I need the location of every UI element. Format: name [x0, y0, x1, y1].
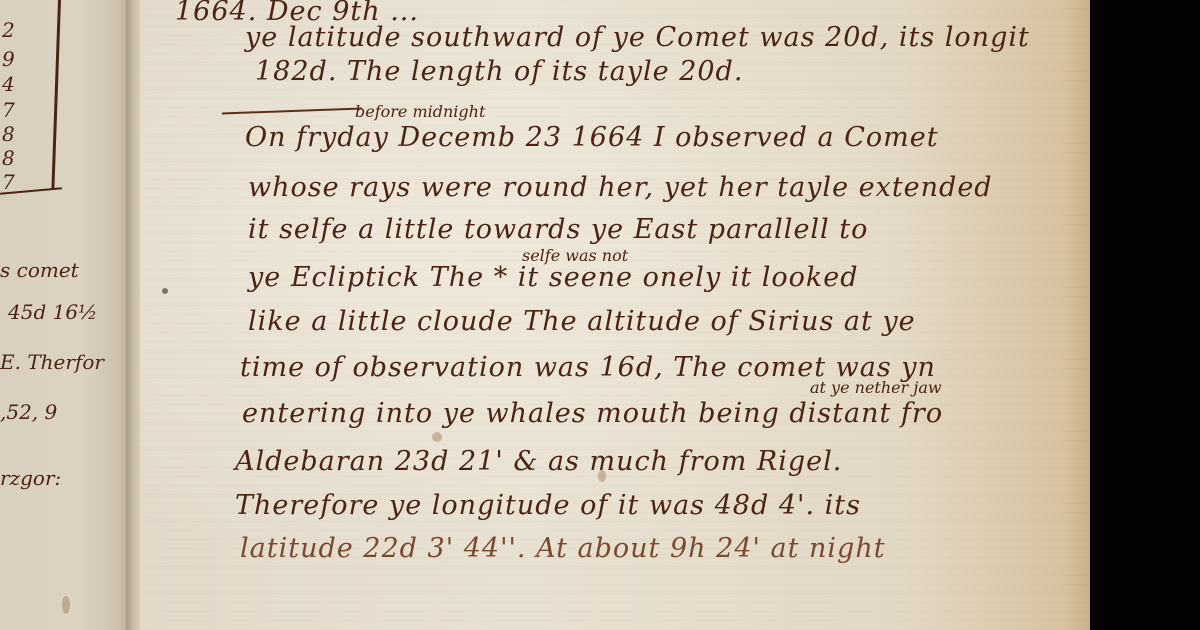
manuscript-line: 182d. The length of its tayle 20d. [255, 56, 743, 87]
left-fragment: s comet [0, 258, 79, 282]
paper-stain [62, 596, 70, 614]
manuscript-line: like a little cloude The altitude of Sir… [248, 306, 916, 337]
manuscript-line: whose rays were round her, yet her tayle… [248, 172, 993, 203]
column-number: 8 [2, 146, 15, 170]
interlinear-note: at ye nether jaw [810, 378, 942, 397]
left-fragment: rzgor: [0, 466, 61, 490]
column-number: 8 [2, 122, 15, 146]
dark-background [1090, 0, 1200, 630]
manuscript-line: On fryday Decemb 23 1664 I observed a Co… [245, 122, 939, 153]
manuscript-line: latitude 22d 3' 44''. At about 9h 24' at… [240, 533, 886, 564]
manuscript-line: Aldebaran 23d 21' & as much from Rigel. [235, 446, 842, 477]
left-page: 2 9 4 7 8 8 7 s comet 45d 16½ E. Therfor… [0, 0, 130, 630]
manuscript-photo: 2 9 4 7 8 8 7 s comet 45d 16½ E. Therfor… [0, 0, 1200, 630]
column-number: 7 [2, 98, 15, 122]
column-rule [51, 0, 61, 190]
column-number: 4 [2, 72, 15, 96]
interlinear-note: before midnight [355, 102, 485, 121]
paper-stain [162, 288, 168, 294]
manuscript-line: it selfe a little towards ye East parall… [248, 214, 868, 245]
left-fragment: ,52, 9 [0, 400, 57, 424]
paper-stain [432, 432, 442, 442]
manuscript-line: ye latitude southward of ye Comet was 20… [245, 22, 1030, 53]
left-fragment: E. Therfor [0, 350, 104, 374]
manuscript-line: entering into ye whales mouth being dist… [242, 398, 943, 429]
column-number: 9 [2, 47, 15, 71]
manuscript-line: Therefore ye longitude of it was 48d 4'.… [235, 490, 861, 521]
left-fragment: 45d 16½ [8, 300, 97, 324]
column-number: 7 [2, 170, 15, 194]
manuscript-line: ye Ecliptick The * it seene onely it loo… [248, 262, 859, 293]
paper-stain [598, 470, 606, 482]
column-number: 2 [2, 18, 15, 42]
